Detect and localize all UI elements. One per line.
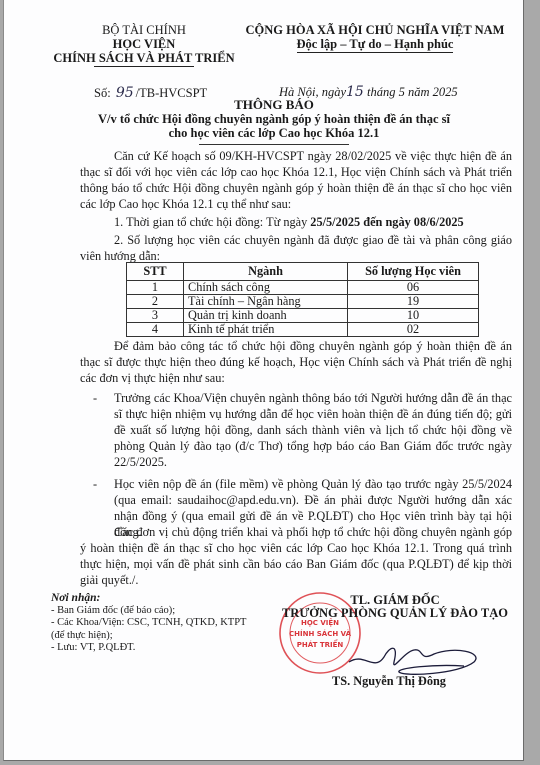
- title-main: THÔNG BÁO: [44, 98, 504, 112]
- national-motto: Độc lập – Tự do – Hạnh phúc: [297, 37, 454, 53]
- title-underline: [199, 144, 349, 145]
- country-name: CỘNG HÒA XÃ HỘI CHỦ NGHĨA VIỆT NAM: [240, 23, 510, 37]
- issuer-header: BỘ TÀI CHÍNH HỌC VIỆN CHÍNH SÁCH VÀ PHÁT…: [44, 23, 244, 67]
- intro-paragraph: Căn cứ Kế hoạch số 09/KH-HVCSPT ngày 28/…: [80, 148, 512, 264]
- title-subject-line1: V/v tổ chức Hội đồng chuyên ngành góp ý …: [44, 112, 504, 126]
- national-header: CỘNG HÒA XÃ HỘI CHỦ NGHĨA VIỆT NAM Độc l…: [240, 23, 510, 53]
- col-header: STT: [127, 263, 184, 281]
- recipients-heading: Nơi nhận:: [51, 592, 261, 605]
- closing-paragraph: Các đơn vị chủ động triển khai và phối h…: [80, 524, 512, 588]
- svg-text:PHÁT TRIỂN: PHÁT TRIỂN: [297, 639, 344, 649]
- notice-title: THÔNG BÁO V/v tổ chức Hội đồng chuyên ng…: [44, 98, 504, 145]
- recipient-item: - Lưu: VT, P.QLĐT.: [51, 642, 261, 655]
- item-2: 2. Số lượng học viên các chuyên ngành đã…: [80, 232, 512, 264]
- item-1: 1. Thời gian tổ chức hội đồng: Từ ngày 2…: [80, 214, 512, 230]
- signature-title: TL. GIÁM ĐỐC TRƯỞNG PHÒNG QUẢN LÝ ĐÀO TẠ…: [272, 594, 518, 620]
- institute-name-line1: HỌC VIỆN: [44, 37, 244, 51]
- table-row: 2 Tài chính – Ngân hàng 19: [127, 295, 479, 309]
- header-underline: [94, 66, 194, 67]
- col-header: Ngành: [184, 263, 348, 281]
- request-paragraph: Để đảm bảo công tác tổ chức hội đồng chu…: [80, 338, 512, 386]
- col-header: Số lượng Học viên: [348, 263, 479, 281]
- action-list: - Trưởng các Khoa/Viện chuyên ngành thôn…: [80, 390, 512, 546]
- recipient-item: - Ban Giám đốc (để báo cáo);: [51, 605, 261, 618]
- recipient-item: - Các Khoa/Viện: CSC, TCNH, QTKD, KTPT (…: [51, 617, 261, 642]
- institute-name-line2: CHÍNH SÁCH VÀ PHÁT TRIỂN: [44, 51, 244, 65]
- table-row: 1 Chính sách công 06: [127, 281, 479, 295]
- signature-line2: TRƯỞNG PHÒNG QUẢN LÝ ĐÀO TẠO: [272, 607, 518, 620]
- ministry-name: BỘ TÀI CHÍNH: [44, 23, 244, 37]
- dash-bullet: -: [93, 390, 97, 406]
- svg-text:CHÍNH SÁCH VÀ: CHÍNH SÁCH VÀ: [289, 629, 352, 638]
- student-count-table: STT Ngành Số lượng Học viên 1 Chính sách…: [126, 262, 479, 337]
- signer-name: TS. Nguyễn Thị Đông: [304, 674, 474, 689]
- table-row: 4 Kinh tế phát triển 02: [127, 323, 479, 337]
- title-subject-line2: cho học viên các lớp Cao học Khóa 12.1: [44, 126, 504, 140]
- document-page: BỘ TÀI CHÍNH HỌC VIỆN CHÍNH SÁCH VÀ PHÁT…: [3, 0, 524, 761]
- dash-bullet: -: [93, 476, 97, 492]
- table-row: 3 Quản trị kinh doanh 10: [127, 309, 479, 323]
- table-header-row: STT Ngành Số lượng Học viên: [127, 263, 479, 281]
- recipients-block: Nơi nhận: - Ban Giám đốc (để báo cáo); -…: [51, 592, 261, 655]
- list-item: - Trưởng các Khoa/Viện chuyên ngành thôn…: [80, 390, 512, 470]
